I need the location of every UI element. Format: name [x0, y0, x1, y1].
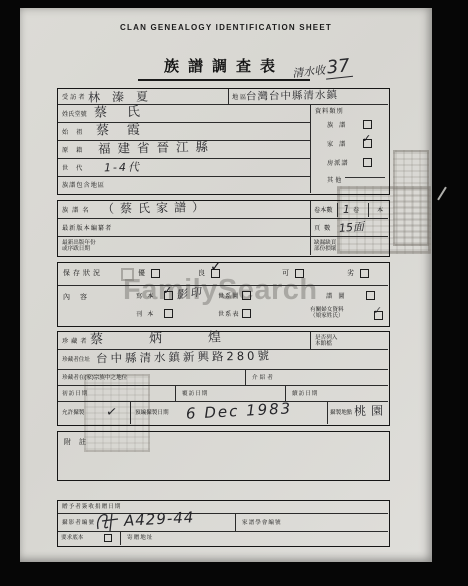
- basic-info-table: 受訪者 林溱夏 地區 台灣台中縣清水鎮 姓氏堂號 蔡氏 始祖 蔡霞 原籍 福建省…: [57, 88, 390, 195]
- origin-label: 原籍: [62, 147, 90, 154]
- handwritten-code-number: 37: [324, 55, 353, 80]
- field-society-no: 家譜學會編號: [236, 514, 388, 532]
- field-missing-pages: 缺漏缺頁部份損壞: [311, 237, 388, 255]
- first-visit-label: 初訪日期: [62, 391, 88, 397]
- excellent-checkbox: [151, 269, 160, 278]
- branch-genealogy-checkbox: [363, 158, 372, 167]
- field-genealogy-name: 族譜名 （蔡氏家譜）: [58, 201, 311, 219]
- field-compiler: 最新版本編纂者: [58, 219, 311, 237]
- filming-date-value: 6 Dec 1983: [186, 401, 293, 422]
- interviewee-label: 受訪者: [62, 94, 87, 101]
- material-option-label: 房派譜: [327, 160, 349, 167]
- volumes-value: 1: [343, 204, 350, 215]
- pub-year-label: 最新出版年份或序跋日期: [62, 240, 96, 253]
- field-origin: 原籍 福建省晉江縣: [58, 141, 311, 159]
- genealogy-title-table: 族譜名 （蔡氏家譜） 最新版本編纂者 最新出版年份或序跋日期 卷本數 1 卷 本…: [57, 200, 390, 257]
- listed-label: 是否列入本館檔: [315, 335, 337, 348]
- preservation-label: 保存狀況: [63, 270, 103, 278]
- owner-address-label: 珍藏者住址: [62, 357, 90, 363]
- surname-hall-value: 蔡氏: [94, 105, 160, 119]
- pages-value: 15面: [339, 221, 365, 234]
- generations-label: 世代: [62, 165, 90, 172]
- society-no-label: 家譜學會編號: [242, 520, 282, 526]
- first-ancestor-label: 始祖: [62, 129, 90, 136]
- field-owner: 珍藏者 蔡炳煌: [58, 332, 311, 350]
- field-donation-address: 寄贈地址: [121, 532, 388, 545]
- condition-content-table: 保存狀況 優 良 ✓ 可 劣 內容 寫本 ✓ 影印 世系圖 譜 圖 刊本: [57, 262, 390, 327]
- field-pub-year: 最新出版年份或序跋日期: [58, 237, 311, 255]
- field-listed: 是否列入本館檔: [311, 332, 388, 350]
- field-filming-place: 攝製地點 桃園: [328, 402, 388, 424]
- field-coverage: 族譜包含地區: [58, 177, 311, 193]
- origin-value: 福建省晉江縣: [98, 141, 215, 156]
- interviewee-value: 林溱夏: [88, 90, 160, 103]
- photocopy-note: 影印: [175, 286, 204, 301]
- content-label: 內容: [63, 294, 97, 302]
- volumes-label: 卷本數: [314, 207, 333, 214]
- women-info-checkbox: ✓: [374, 311, 383, 320]
- field-owner-address: 珍藏者住址 台中縣清水鎮新興路280號: [58, 350, 388, 370]
- introducer-label: 介紹者: [252, 375, 275, 381]
- missing-pages-label: 缺漏缺頁部份損壞: [314, 240, 336, 253]
- field-request-copy: 要求底本: [58, 532, 121, 545]
- filming-place-value: 桃園: [354, 405, 388, 418]
- field-preservation: 保存狀況 優 良 ✓ 可 劣: [58, 263, 388, 286]
- owner-table: 珍藏者 蔡炳煌 是否列入本館檔 珍藏者住址 台中縣清水鎮新興路280號 珍藏者在…: [57, 331, 390, 426]
- coverage-label: 族譜包含地區: [62, 182, 105, 189]
- donation-address-label: 寄贈地址: [127, 535, 153, 541]
- lineage-chart-checkbox: [242, 291, 251, 300]
- signature-scribble: [94, 511, 124, 533]
- field-first-ancestor: 始祖 蔡霞: [58, 123, 311, 141]
- area-value: 台灣台中縣清水鎮: [246, 90, 338, 102]
- paper-sheet: CLAN GENEALOGY IDENTIFICATION SHEET 族譜調查…: [20, 8, 432, 562]
- volumes-unit2: 本: [377, 207, 383, 214]
- owner-value: 蔡炳煌: [90, 330, 267, 346]
- material-option-label: 其他: [327, 177, 343, 184]
- form-title: 族譜調查表: [138, 55, 310, 81]
- poor-checkbox: [360, 269, 369, 278]
- scanned-document: CLAN GENEALOGY IDENTIFICATION SHEET 族譜調查…: [0, 0, 468, 586]
- women-info-label: 有關婦女資料（娘家姓氏）: [310, 307, 344, 320]
- field-interviewee: 受訪者 林溱夏: [58, 89, 229, 105]
- field-photographer-no: 攝影者編號 A429-44: [58, 514, 236, 532]
- second-visit-label: 覆訪日期: [182, 391, 208, 397]
- field-area: 地區 台灣台中縣清水鎮: [229, 89, 388, 105]
- filming-date-label: 預編攝製日期: [135, 410, 169, 416]
- compiler-label: 最新版本編纂者: [62, 225, 112, 232]
- good-checkbox: ✓: [211, 269, 220, 278]
- first-ancestor-value: 蔡霞: [96, 123, 158, 137]
- generations-value: 1-4代: [104, 162, 141, 174]
- field-generations: 世代 1-4代: [58, 159, 311, 177]
- genealogy-checkbox: [363, 120, 372, 129]
- donation-date-label: 贈予者簽收捐贈日期: [62, 504, 121, 510]
- photographer-no-value: A429-44: [124, 510, 195, 529]
- notes-table: 附註: [57, 431, 390, 481]
- fair-checkbox: [295, 269, 304, 278]
- field-first-visit: 初訪日期: [58, 386, 176, 402]
- numbering-table: 贈予者簽收捐贈日期 攝影者編號 A429-44 家譜學會編號 要求底本 寄贈地址: [57, 500, 390, 547]
- permission-check: ✓: [105, 405, 118, 419]
- field-followup-visit: 續訪日期: [286, 386, 388, 402]
- material-option-label: 家譜: [327, 141, 351, 148]
- printed-edition-checkbox: [164, 309, 173, 318]
- field-volumes: 卷本數 1 卷 本: [311, 201, 388, 219]
- permission-label: 允許攝製: [62, 410, 84, 416]
- lineage-table-checkbox: [242, 309, 251, 318]
- material-option-label: 族譜: [327, 122, 351, 129]
- field-introducer: 介紹者: [246, 370, 388, 386]
- genealogy-chart-checkbox: [366, 291, 375, 300]
- scratch-mark: [437, 187, 447, 201]
- handwritten-code-prefix: 清水收: [292, 64, 326, 80]
- genealogy-name-value: （蔡氏家譜）: [102, 201, 210, 215]
- surname-hall-label: 姓氏堂號: [62, 111, 87, 118]
- photographer-no-label: 攝影者編號: [62, 520, 95, 526]
- sheet-title: CLAN GENEALOGY IDENTIFICATION SHEET: [20, 23, 432, 32]
- field-filming-date: 預編攝製日期 6 Dec 1983: [131, 402, 328, 424]
- owner-address-value: 台中縣清水鎮新興路280號: [96, 350, 272, 365]
- material-type-column: 資料類別 族譜 家譜 ✓ 房派譜 其他: [311, 105, 388, 193]
- field-content: 內容 寫本 ✓ 影印 世系圖 譜 圖 刊本 世系表 有關婦女資料（娘家姓氏） ✓: [58, 286, 388, 325]
- field-surname-hall: 姓氏堂號 蔡氏: [58, 105, 311, 123]
- family-genealogy-checkbox: ✓: [363, 139, 372, 148]
- owner-position-label: 珍藏者在(家)宗族中之地位: [62, 375, 127, 381]
- field-owner-position: 珍藏者在(家)宗族中之地位: [58, 370, 246, 386]
- owner-label: 珍藏者: [62, 338, 90, 345]
- followup-visit-label: 續訪日期: [292, 391, 318, 397]
- request-copy-checkbox: [104, 534, 112, 542]
- field-pages: 頁數 15面: [311, 219, 388, 237]
- volumes-unit1: 卷: [353, 207, 359, 214]
- field-permission: 允許攝製 ✓: [58, 402, 131, 424]
- material-type-label: 資料類別: [315, 108, 344, 115]
- request-copy-label: 要求底本: [61, 535, 83, 541]
- manuscript-checkbox: ✓: [164, 291, 173, 300]
- other-blank-line: [345, 177, 385, 178]
- filming-place-label: 攝製地點: [330, 410, 352, 416]
- pages-label: 頁數: [314, 225, 334, 232]
- genealogy-name-label: 族譜名: [62, 207, 93, 214]
- notes-label: 附註: [64, 439, 94, 447]
